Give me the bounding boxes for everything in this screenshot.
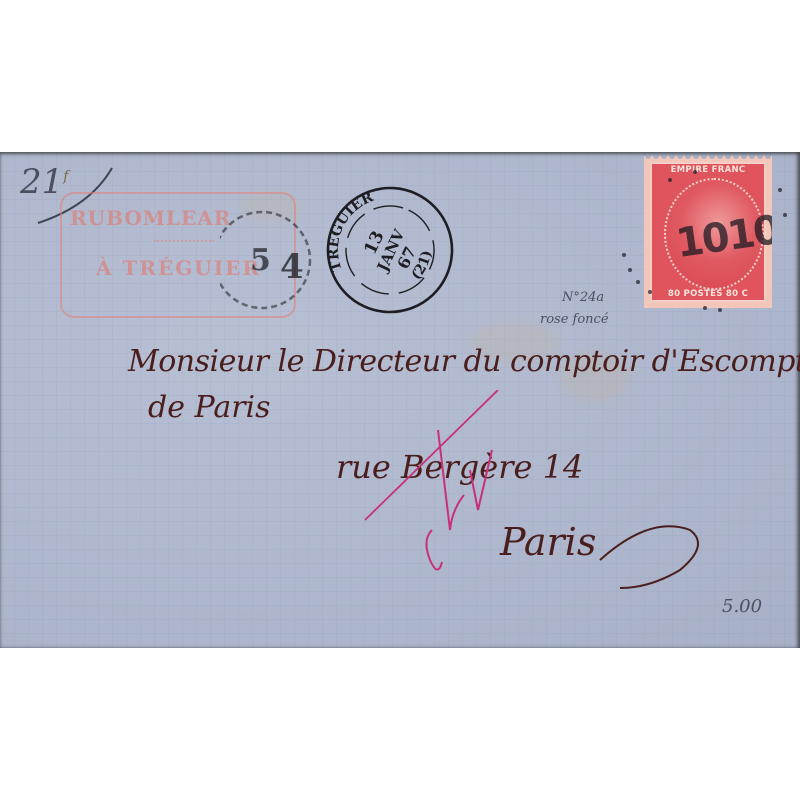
- losange-cancel-dots-icon: [610, 160, 800, 330]
- svg-text:4: 4: [280, 247, 304, 287]
- pencil-catalog-number: N°24a: [562, 290, 604, 305]
- treguier-datestamp: TREGUIER (21) 13 JANV 67: [318, 180, 463, 320]
- pencil-catalog-shade: rose foncé: [540, 312, 609, 327]
- svg-text:5: 5: [250, 243, 271, 278]
- partial-postmark-strike-icon: 5 4: [220, 200, 320, 320]
- paris-flourish-icon: [560, 510, 710, 600]
- address-line-1: Monsieur le Directeur du comptoir d'Esco…: [128, 344, 800, 379]
- cachet-divider: [154, 240, 214, 242]
- red-ink-mark-icon: [360, 390, 510, 590]
- pencil-bottom-right-value: 5.00: [722, 596, 762, 617]
- address-line-2: de Paris: [148, 390, 271, 425]
